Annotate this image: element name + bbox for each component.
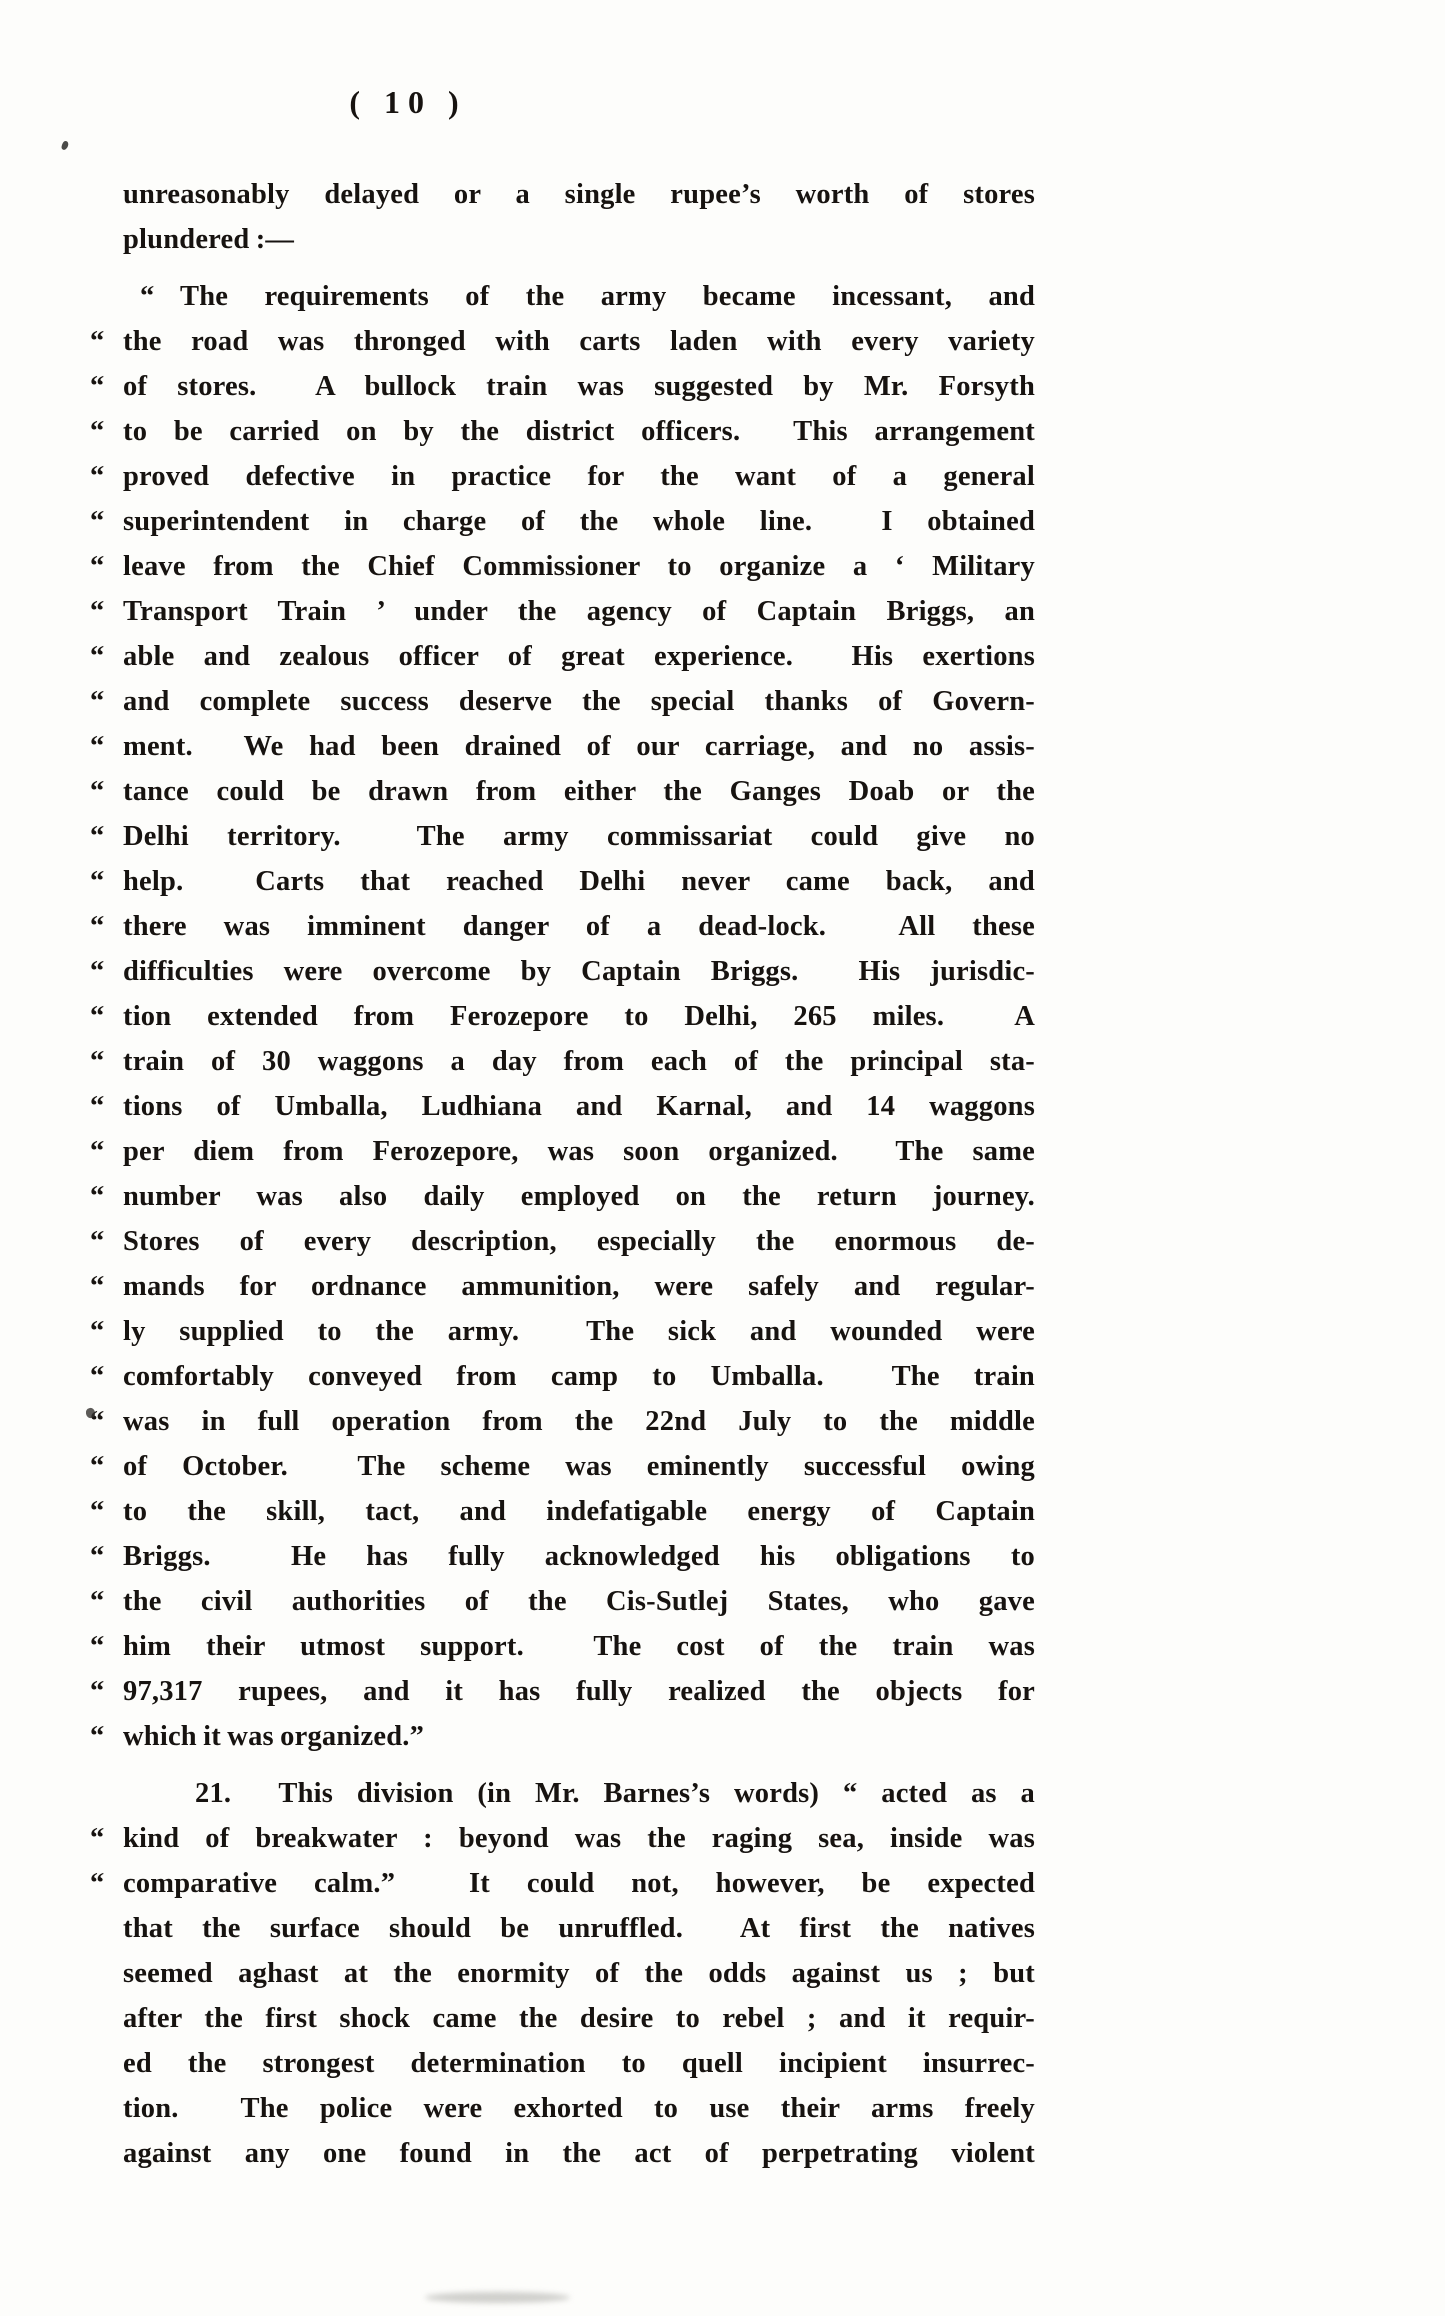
- line-text: which it was organized.”: [123, 1721, 424, 1752]
- hanging-open-quote: “: [90, 1489, 104, 1534]
- text-line: “was in full operation from the 22nd Jul…: [123, 1399, 1035, 1444]
- text-line: “per diem from Ferozepore, was soon orga…: [123, 1129, 1035, 1174]
- hanging-open-quote: “: [90, 1534, 104, 1579]
- line-text: 21. This division (in Mr. Barnes’s words…: [195, 1778, 1035, 1809]
- text-line: “superintendent in charge of the whole l…: [123, 499, 1035, 544]
- line-text: tions of Umballa, Ludhiana and Karnal, a…: [123, 1091, 1035, 1122]
- hanging-open-quote: “: [90, 1084, 104, 1129]
- line-text: and complete success deserve the special…: [123, 686, 1035, 717]
- line-text: difficulties were overcome by Captain Br…: [123, 956, 1035, 987]
- text-line: against any one found in the act of perp…: [123, 2131, 1035, 2176]
- line-text: ment. We had been drained of our carriag…: [123, 731, 1035, 762]
- scan-artifact-speck: [61, 140, 69, 150]
- text-line: “tance could be drawn from either the Ga…: [123, 769, 1035, 814]
- line-text: proved defective in practice for the wan…: [123, 461, 1035, 492]
- text-line: 21. This division (in Mr. Barnes’s words…: [123, 1771, 1035, 1816]
- text-line: “kind of breakwater : beyond was the rag…: [123, 1816, 1035, 1861]
- line-text: tance could be drawn from either the Gan…: [123, 776, 1035, 807]
- hanging-open-quote: “: [90, 544, 104, 589]
- hanging-open-quote: “: [90, 499, 104, 544]
- hanging-open-quote: “: [140, 274, 154, 319]
- text-line: plundered :—: [123, 217, 1035, 262]
- text-line: “comparative calm.” It could not, howeve…: [123, 1861, 1035, 1906]
- line-text: 97,317 rupees, and it has fully realized…: [123, 1676, 1035, 1707]
- text-line: “comfortably conveyed from camp to Umbal…: [123, 1354, 1035, 1399]
- line-text: ly supplied to the army. The sick and wo…: [123, 1316, 1035, 1347]
- text-line: “help. Carts that reached Delhi never ca…: [123, 859, 1035, 904]
- text-line: “train of 30 waggons a day from each of …: [123, 1039, 1035, 1084]
- line-text: him their utmost support. The cost of th…: [123, 1631, 1035, 1662]
- hanging-open-quote: “: [90, 1444, 104, 1489]
- line-text: to be carried on by the district officer…: [123, 416, 1035, 447]
- line-text: Briggs. He has fully acknowledged his ob…: [123, 1541, 1035, 1572]
- text-line: “proved defective in practice for the wa…: [123, 454, 1035, 499]
- text-line: unreasonably delayed or a single rupee’s…: [123, 172, 1035, 217]
- line-text: seemed aghast at the enormity of the odd…: [123, 1958, 1035, 1989]
- text-line: “number was also daily employed on the r…: [123, 1174, 1035, 1219]
- hanging-open-quote: “: [90, 859, 104, 904]
- text-line: “ly supplied to the army. The sick and w…: [123, 1309, 1035, 1354]
- line-text: kind of breakwater : beyond was the ragi…: [123, 1823, 1035, 1854]
- text-line: “The requirements of the army became inc…: [123, 274, 1035, 319]
- text-line: “to the skill, tact, and indefatigable e…: [123, 1489, 1035, 1534]
- line-text: the road was thronged with carts laden w…: [123, 326, 1035, 357]
- hanging-open-quote: “: [90, 1714, 104, 1759]
- line-text: tion. The police were exhorted to use th…: [123, 2093, 1035, 2124]
- line-text: comfortably conveyed from camp to Umball…: [123, 1361, 1035, 1392]
- text-line: “difficulties were overcome by Captain B…: [123, 949, 1035, 994]
- text-line: “of stores. A bullock train was suggeste…: [123, 364, 1035, 409]
- hanging-open-quote: “: [90, 589, 104, 634]
- line-text: able and zealous officer of great experi…: [123, 641, 1035, 672]
- hanging-open-quote: “: [90, 1264, 104, 1309]
- text-line: “able and zealous officer of great exper…: [123, 634, 1035, 679]
- line-text: was in full operation from the 22nd July…: [123, 1406, 1035, 1437]
- hanging-open-quote: “: [90, 1309, 104, 1354]
- hanging-open-quote: “: [90, 994, 104, 1039]
- hanging-open-quote: “: [90, 454, 104, 499]
- hanging-open-quote: “: [90, 1129, 104, 1174]
- text-line: that the surface should be unruffled. At…: [123, 1906, 1035, 1951]
- text-line: seemed aghast at the enormity of the odd…: [123, 1951, 1035, 1996]
- hanging-open-quote: “: [90, 904, 104, 949]
- hanging-open-quote: “: [90, 1174, 104, 1219]
- line-text: Transport Train ’ under the agency of Ca…: [123, 596, 1035, 627]
- line-text: comparative calm.” It could not, however…: [123, 1868, 1035, 1899]
- text-line: “tion extended from Ferozepore to Delhi,…: [123, 994, 1035, 1039]
- text-line: “to be carried on by the district office…: [123, 409, 1035, 454]
- hanging-open-quote: “: [90, 409, 104, 454]
- line-text: help. Carts that reached Delhi never cam…: [123, 866, 1035, 897]
- hanging-open-quote: “: [90, 1816, 104, 1861]
- line-text: The requirements of the army became ince…: [180, 281, 1035, 312]
- text-line: “the civil authorities of the Cis-Sutlej…: [123, 1579, 1035, 1624]
- block-quoted-report: “The requirements of the army became inc…: [123, 274, 1035, 1759]
- line-text: after the first shock came the desire to…: [123, 2003, 1035, 2034]
- text-line: “of October. The scheme was eminently su…: [123, 1444, 1035, 1489]
- hanging-open-quote: “: [90, 634, 104, 679]
- text-line: “Stores of every description, especially…: [123, 1219, 1035, 1264]
- scanned-page: ( 10 ) unreasonably delayed or a single …: [0, 0, 1445, 2316]
- text-line: ed the strongest determination to quell …: [123, 2041, 1035, 2086]
- hanging-open-quote: “: [90, 814, 104, 859]
- line-text: the civil authorities of the Cis-Sutlej …: [123, 1586, 1035, 1617]
- page-number: ( 10 ): [349, 84, 466, 121]
- line-text: number was also daily employed on the re…: [123, 1181, 1035, 1212]
- line-text: to the skill, tact, and indefatigable en…: [123, 1496, 1035, 1527]
- line-text: superintendent in charge of the whole li…: [123, 506, 1035, 537]
- line-text: there was imminent danger of a dead-lock…: [123, 911, 1035, 942]
- text-line: “mands for ordnance ammunition, were saf…: [123, 1264, 1035, 1309]
- hanging-open-quote: “: [90, 724, 104, 769]
- hanging-open-quote: “: [90, 1219, 104, 1264]
- text-line: “him their utmost support. The cost of t…: [123, 1624, 1035, 1669]
- line-text: leave from the Chief Commissioner to org…: [123, 551, 1035, 582]
- text-line: “leave from the Chief Commissioner to or…: [123, 544, 1035, 589]
- text-line: “Delhi territory. The army commissariat …: [123, 814, 1035, 859]
- hanging-open-quote: “: [90, 319, 104, 364]
- hanging-open-quote: “: [90, 1354, 104, 1399]
- text-line: “tions of Umballa, Ludhiana and Karnal, …: [123, 1084, 1035, 1129]
- line-text: that the surface should be unruffled. At…: [123, 1913, 1035, 1944]
- text-line: “ment. We had been drained of our carria…: [123, 724, 1035, 769]
- line-text: unreasonably delayed or a single rupee’s…: [123, 179, 1035, 210]
- line-text: Stores of every description, especially …: [123, 1226, 1035, 1257]
- hanging-open-quote: “: [90, 949, 104, 994]
- hanging-open-quote: “: [90, 1624, 104, 1669]
- line-text: ed the strongest determination to quell …: [123, 2048, 1035, 2079]
- text-line: “Briggs. He has fully acknowledged his o…: [123, 1534, 1035, 1579]
- block-paragraph-21: 21. This division (in Mr. Barnes’s words…: [123, 1771, 1035, 2176]
- text-line: “and complete success deserve the specia…: [123, 679, 1035, 724]
- text-line: “which it was organized.”: [123, 1714, 1035, 1759]
- hanging-open-quote: “: [90, 1579, 104, 1624]
- text-line: “the road was thronged with carts laden …: [123, 319, 1035, 364]
- hanging-open-quote: “: [90, 679, 104, 724]
- text-line: “97,317 rupees, and it has fully realize…: [123, 1669, 1035, 1714]
- text-line: “there was imminent danger of a dead-loc…: [123, 904, 1035, 949]
- hanging-open-quote: “: [90, 1861, 104, 1906]
- line-text: of stores. A bullock train was suggested…: [123, 371, 1035, 402]
- text-line: tion. The police were exhorted to use th…: [123, 2086, 1035, 2131]
- hanging-open-quote: “: [90, 364, 104, 409]
- line-text: plundered :—: [123, 224, 294, 255]
- hanging-open-quote: “: [90, 1669, 104, 1714]
- text-line: after the first shock came the desire to…: [123, 1996, 1035, 2041]
- line-text: train of 30 waggons a day from each of t…: [123, 1046, 1035, 1077]
- text-line: “Transport Train ’ under the agency of C…: [123, 589, 1035, 634]
- text-column: unreasonably delayed or a single rupee’s…: [123, 172, 1035, 2176]
- line-text: Delhi territory. The army commissariat c…: [123, 821, 1035, 852]
- line-text: mands for ordnance ammunition, were safe…: [123, 1271, 1035, 1302]
- hanging-open-quote: “: [90, 769, 104, 814]
- hanging-open-quote: “: [90, 1039, 104, 1084]
- scan-artifact-smudge: [425, 2292, 570, 2303]
- line-text: tion extended from Ferozepore to Delhi, …: [123, 1001, 1035, 1032]
- line-text: of October. The scheme was eminently suc…: [123, 1451, 1035, 1482]
- line-text: per diem from Ferozepore, was soon organ…: [123, 1136, 1035, 1167]
- block-intro-continuation: unreasonably delayed or a single rupee’s…: [123, 172, 1035, 262]
- line-text: against any one found in the act of perp…: [123, 2138, 1035, 2169]
- hanging-open-quote: “: [90, 1399, 104, 1444]
